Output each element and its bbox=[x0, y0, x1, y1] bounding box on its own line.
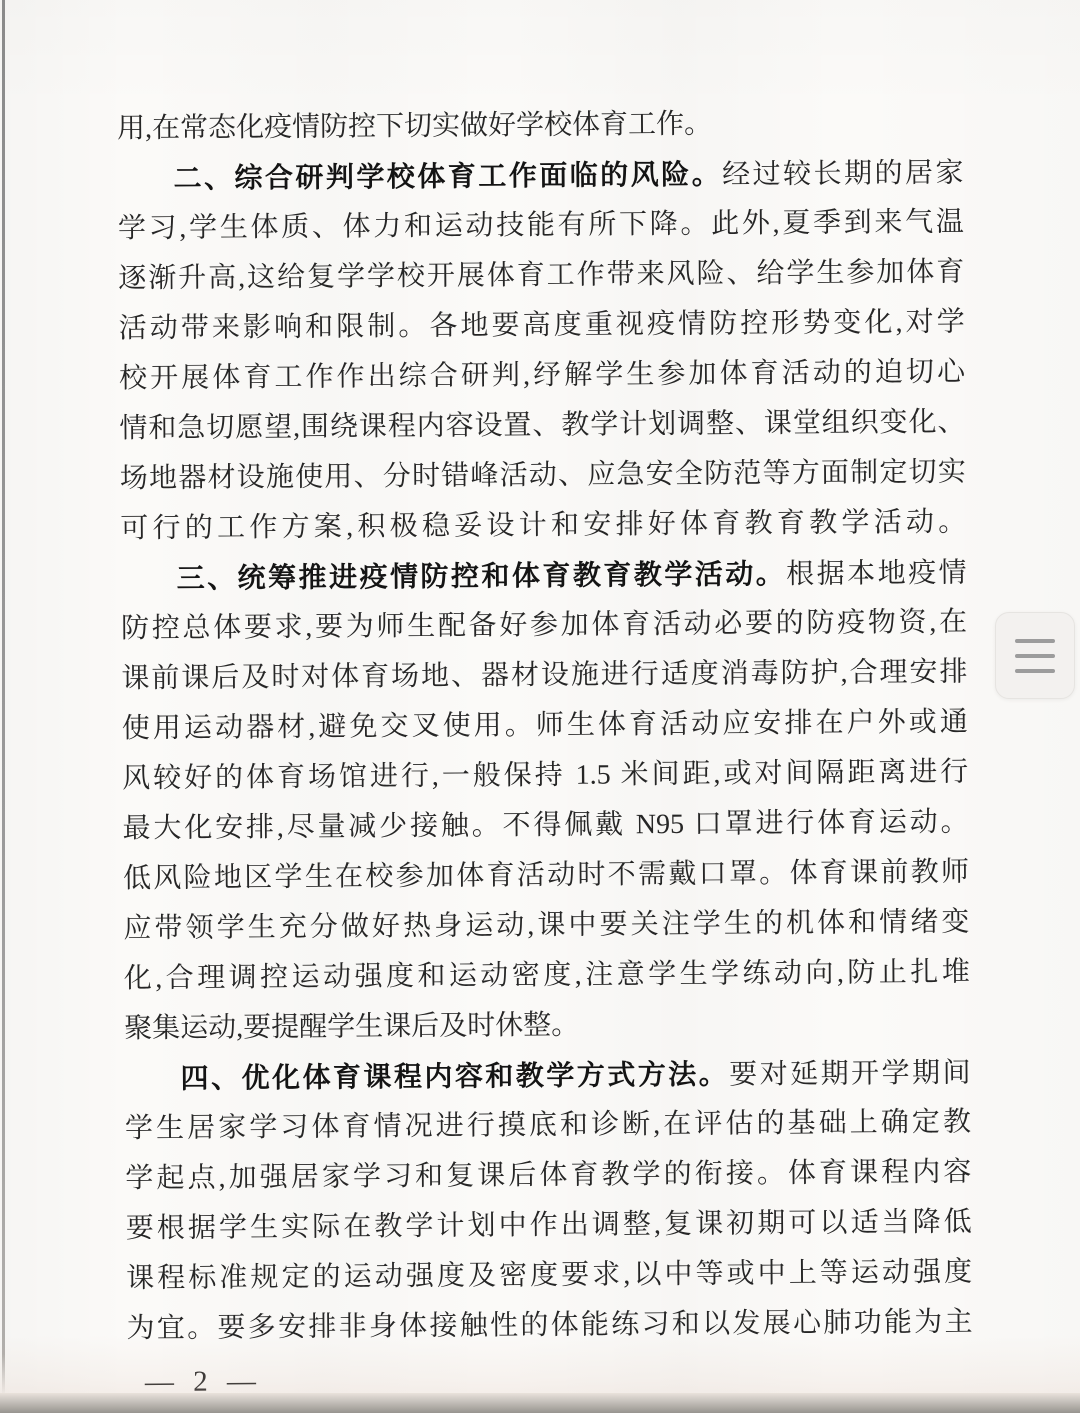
heading-line: 三、统筹推进疫情防控和体育教育教学活动。根据本地疫情 bbox=[120, 548, 966, 605]
body-text: 使用运动器材,避免交叉使用。师生体育活动应安排在户外或通 bbox=[122, 707, 968, 745]
body-text: 活动带来影响和限制。各地要高度重视疫情防控形势变化,对学 bbox=[119, 307, 965, 345]
text-line: 学起点,加强居家学习和复课后体育教学的衔接。体育课程内容 bbox=[125, 1148, 971, 1205]
text-line: 化,合理调控运动强度和运动密度,注意学生学练动向,防止扎堆 bbox=[124, 948, 970, 1005]
body-text: 根据本地疫情 bbox=[786, 558, 967, 590]
body-text: 防控总体要求,要为师生配备好参加体育活动必要的防疫物资,在 bbox=[121, 607, 967, 645]
text-line: 防控总体要求,要为师生配备好参加体育活动必要的防疫物资,在 bbox=[121, 598, 967, 655]
text-line: 用,在常态化疫情防控下切实做好学校体育工作。 bbox=[117, 98, 963, 155]
text-line: 校开展体育工作作出综合研判,纾解学生参加体育活动的迫切心 bbox=[119, 348, 965, 405]
heading-line: 四、优化体育课程内容和教学方式方法。要对延期开学期间 bbox=[124, 1048, 970, 1105]
body-text: 课程标准规定的运动强度及密度要求,以中等或中上等运动强度 bbox=[126, 1257, 972, 1295]
text-line: 可行的工作方案,积极稳妥设计和安排好体育教育教学活动。 bbox=[120, 498, 966, 555]
text-line: 聚集运动,要提醒学生课后及时休整。 bbox=[124, 998, 970, 1055]
text-line: 学习,学生体质、体力和运动技能有所下降。此外,夏季到来气温 bbox=[118, 198, 964, 255]
body-text: 学起点,加强居家学习和复课后体育教学的衔接。体育课程内容 bbox=[125, 1157, 971, 1195]
document-page: 用,在常态化疫情防控下切实做好学校体育工作。二、综合研判学校体育工作面临的风险。… bbox=[117, 98, 973, 1400]
text-line: 使用运动器材,避免交叉使用。师生体育活动应安排在户外或通 bbox=[122, 698, 968, 755]
text-line: 活动带来影响和限制。各地要高度重视疫情防控形势变化,对学 bbox=[118, 298, 964, 355]
body-text: 化,合理调控运动强度和运动密度,注意学生学练动向,防止扎堆 bbox=[124, 957, 970, 995]
text-line: 情和急切愿望,围绕课程内容设置、教学计划调整、课堂组织变化、 bbox=[119, 398, 965, 455]
body-text: 要根据学生实际在教学计划中作出调整,复课初期可以适当降低 bbox=[126, 1207, 972, 1245]
body-text: 逐渐升高,这给复学学校开展体育工作带来风险、给学生参加体育 bbox=[118, 257, 964, 295]
text-line: 课前课后及时对体育场地、器材设施进行适度消毒防护,合理安排 bbox=[121, 648, 967, 705]
body-text: 聚集运动,要提醒学生课后及时休整。 bbox=[124, 1010, 579, 1045]
viewer-menu-button[interactable] bbox=[995, 612, 1075, 699]
body-text: 要对延期开学期间 bbox=[729, 1058, 971, 1091]
section-heading: 三、统筹推进疫情防控和体育教育教学活动。 bbox=[177, 558, 787, 594]
body-text: 用,在常态化疫情防控下切实做好学校体育工作。 bbox=[117, 109, 712, 145]
body-text: 校开展体育工作作出综合研判,纾解学生参加体育活动的迫切心 bbox=[119, 357, 965, 395]
text-line: 要根据学生实际在教学计划中作出调整,复课初期可以适当降低 bbox=[126, 1198, 972, 1255]
document-text: 用,在常态化疫情防控下切实做好学校体育工作。二、综合研判学校体育工作面临的风险。… bbox=[117, 98, 973, 1355]
body-text: 学习,学生体质、体力和运动技能有所下降。此外,夏季到来气温 bbox=[118, 207, 964, 245]
text-line: 学生居家学习体育情况进行摸底和诊断,在评估的基础上确定教 bbox=[125, 1098, 971, 1155]
body-text: 情和急切愿望,围绕课程内容设置、教学计划调整、课堂组织变化、 bbox=[119, 407, 965, 445]
body-text: 低风险地区学生在校参加体育活动时不需戴口罩。体育课前教师 bbox=[123, 857, 969, 895]
heading-line: 二、综合研判学校体育工作面临的风险。经过较长期的居家 bbox=[117, 148, 963, 205]
scan-left-edge-line bbox=[2, 0, 5, 1396]
section-heading: 四、优化体育课程内容和教学方式方法。 bbox=[180, 1059, 729, 1094]
body-text: 为宜。要多安排非身体接触性的体能练习和以发展心肺功能为主 bbox=[126, 1307, 972, 1345]
body-text: 课前课后及时对体育场地、器材设施进行适度消毒防护,合理安排 bbox=[121, 657, 967, 695]
body-text: 学生居家学习体育情况进行摸底和诊断,在评估的基础上确定教 bbox=[125, 1107, 971, 1145]
text-line: 逐渐升高,这给复学学校开展体育工作带来风险、给学生参加体育 bbox=[118, 248, 964, 305]
text-line: 最大化安排,尽量减少接触。不得佩戴 N95 口罩进行体育运动。 bbox=[122, 798, 968, 855]
text-line: 应带领学生充分做好热身运动,课中要关注学生的机体和情绪变 bbox=[123, 898, 969, 955]
body-text: 可行的工作方案,积极稳妥设计和安排好体育教育教学活动。 bbox=[120, 507, 966, 545]
text-line: 低风险地区学生在校参加体育活动时不需戴口罩。体育课前教师 bbox=[123, 848, 969, 905]
text-line: 课程标准规定的运动强度及密度要求,以中等或中上等运动强度 bbox=[126, 1248, 972, 1305]
body-text: 经过较长期的居家 bbox=[722, 158, 964, 191]
body-text: 应带领学生充分做好热身运动,课中要关注学生的机体和情绪变 bbox=[123, 907, 969, 945]
text-line: 场地器材设施使用、分时错峰活动、应急安全防范等方面制定切实 bbox=[120, 448, 966, 505]
section-heading: 二、综合研判学校体育工作面临的风险。 bbox=[173, 159, 722, 194]
text-line: 风较好的体育场馆进行,一般保持 1.5 米间距,或对间隔距离进行 bbox=[122, 748, 968, 805]
page-bottom-shadow bbox=[0, 1393, 1080, 1413]
body-text: 场地器材设施使用、分时错峰活动、应急安全防范等方面制定切实 bbox=[120, 457, 966, 495]
text-line: 为宜。要多安排非身体接触性的体能练习和以发展心肺功能为主 bbox=[126, 1298, 972, 1355]
body-text: 最大化安排,尽量减少接触。不得佩戴 N95 口罩进行体育运动。 bbox=[122, 807, 968, 845]
body-text: 风较好的体育场馆进行,一般保持 1.5 米间距,或对间隔距离进行 bbox=[122, 757, 968, 795]
